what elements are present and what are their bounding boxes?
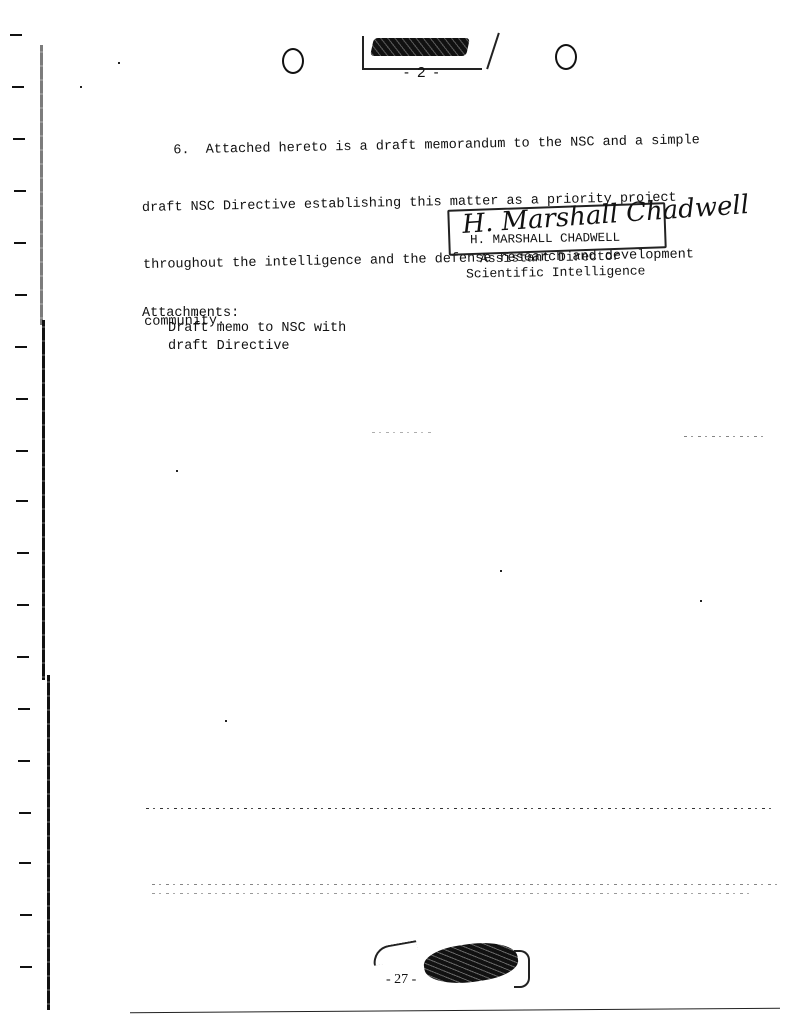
- scan-noise: [372, 432, 432, 433]
- margin-tick: [18, 708, 30, 710]
- bleed-through-line: [146, 808, 776, 809]
- page-number-bottom: - 27 -: [386, 972, 416, 988]
- signer-office: Scientific Intelligence: [466, 263, 646, 281]
- bleed-through-line: [152, 893, 752, 894]
- margin-tick: [10, 34, 22, 36]
- margin-tick: [13, 138, 25, 140]
- bleed-through-line: [152, 884, 777, 885]
- attachments-heading: Attachments:: [142, 306, 239, 321]
- binding-spine: [42, 320, 45, 680]
- page-edge-line: [130, 1008, 780, 1014]
- attachment-item: Draft memo to NSC with: [168, 321, 346, 336]
- signer-name: H. MARSHALL CHADWELL: [470, 231, 620, 248]
- scan-speck: [80, 86, 82, 88]
- margin-tick: [15, 294, 27, 296]
- attachment-item: draft Directive: [168, 339, 290, 354]
- margin-tick: [15, 346, 27, 348]
- margin-tick: [17, 656, 29, 658]
- binding-spine: [40, 45, 43, 325]
- margin-tick: [19, 812, 31, 814]
- margin-tick: [16, 398, 28, 400]
- punch-hole: [282, 48, 304, 74]
- paragraph-line: 6. Attached hereto is a draft memorandum…: [141, 131, 731, 161]
- punch-hole: [555, 44, 577, 70]
- scan-noise: [684, 436, 764, 437]
- margin-tick: [18, 760, 30, 762]
- margin-tick: [14, 190, 26, 192]
- stamp-bracket: [514, 950, 530, 988]
- redaction-blot: [370, 38, 470, 56]
- binding-spine: [47, 675, 50, 1010]
- scan-speck: [700, 600, 702, 602]
- margin-tick: [14, 242, 26, 244]
- margin-tick: [20, 914, 32, 916]
- scan-speck: [176, 470, 178, 472]
- margin-tick: [17, 552, 29, 554]
- margin-tick: [20, 966, 32, 968]
- scanned-document-page: - 2 - 6. Attached hereto is a draft memo…: [0, 0, 800, 1019]
- scan-speck: [225, 720, 227, 722]
- scan-speck: [500, 570, 502, 572]
- stamp-stroke: [486, 33, 500, 70]
- page-number-top: - 2 -: [404, 64, 441, 81]
- margin-tick: [12, 86, 24, 88]
- redaction-stamp-bottom: [402, 944, 522, 984]
- margin-tick: [17, 604, 29, 606]
- margin-tick: [16, 500, 28, 502]
- stamp-stroke: [371, 940, 419, 966]
- margin-tick: [19, 862, 31, 864]
- margin-tick: [16, 450, 28, 452]
- redaction-blot: [422, 938, 520, 989]
- scan-speck: [118, 62, 120, 64]
